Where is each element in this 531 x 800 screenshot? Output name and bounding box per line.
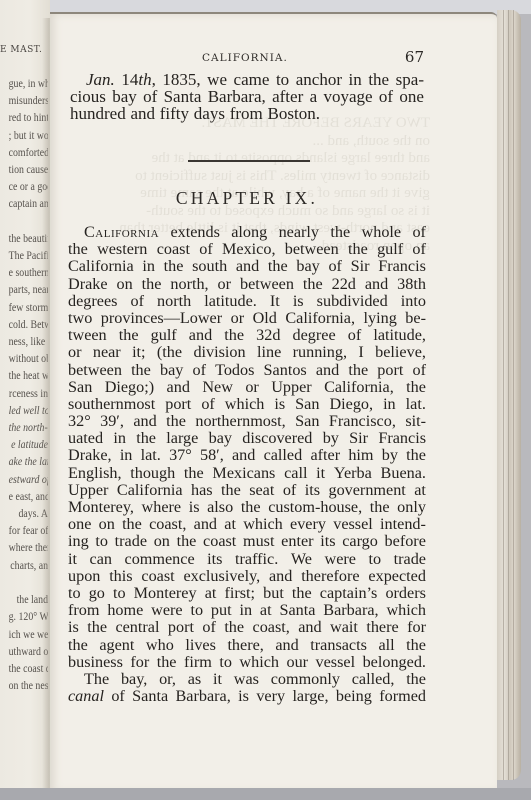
word: home <box>107 602 143 619</box>
word: the <box>224 327 244 344</box>
word: the <box>224 619 244 636</box>
word: canal <box>68 688 104 705</box>
text-line: itcancommenceitstraffic.Weweretotrade <box>68 551 426 568</box>
word: southernmost <box>68 396 155 413</box>
word: port <box>165 396 191 413</box>
word: Boston. <box>268 105 320 122</box>
word: the <box>406 447 426 464</box>
text-line: uponthiscoastexclusively,andthereforeexp… <box>68 568 426 585</box>
word: spa- <box>396 71 424 88</box>
word: 58′, <box>200 447 224 464</box>
text-line: Jan.14th,1835,wecametoanchorinthespa- <box>70 71 424 88</box>
word: into <box>401 293 426 310</box>
word: traffic. <box>235 551 278 568</box>
word: to <box>68 585 81 602</box>
text-line: Thebay,or,asitwascommonlycalled,the <box>68 671 426 688</box>
word: bay <box>160 362 183 379</box>
word: of <box>412 224 425 241</box>
word: the <box>241 499 261 516</box>
word: of <box>328 258 341 275</box>
word: hundred <box>70 105 126 122</box>
chapter-heading: CHAPTER IX. <box>60 188 434 209</box>
word: between <box>240 276 294 293</box>
word: Santa <box>279 602 315 619</box>
word: it; <box>132 344 146 361</box>
word: lat. <box>141 447 161 464</box>
word: near <box>93 344 121 361</box>
word: where <box>142 499 182 516</box>
word: Old <box>253 310 277 327</box>
word: one <box>399 88 424 105</box>
word: from <box>230 105 263 122</box>
word: Francisco, <box>329 413 396 430</box>
word: every <box>290 516 326 533</box>
word: fifty <box>160 105 189 122</box>
word: 38th <box>397 276 426 293</box>
word: was <box>234 671 259 688</box>
text-line: English,thoughtheMexicanscallitYerbaBuen… <box>68 465 426 482</box>
word: the <box>131 362 151 379</box>
word: nearly <box>279 224 319 241</box>
text-line: ornearit;(thedivisionlinerunning,Ibeliev… <box>68 344 426 361</box>
left-running-head: E MAST. <box>0 45 42 55</box>
word: of <box>348 327 361 344</box>
word: is <box>274 396 285 413</box>
word: 39′, <box>100 413 124 430</box>
word: which <box>243 516 283 533</box>
word: Barbara, <box>208 88 266 105</box>
word: the <box>368 71 389 88</box>
word: or <box>218 276 231 293</box>
word: We <box>291 551 312 568</box>
word: is <box>238 688 249 705</box>
word: or <box>245 379 258 396</box>
section-rule <box>188 160 310 162</box>
text-line: isthecentralportofthecoast,andwaittheref… <box>68 619 426 636</box>
word: The <box>84 671 109 688</box>
running-title: CALIFORNIA. <box>202 52 288 64</box>
word: uated <box>68 430 103 447</box>
word: coast <box>203 533 236 550</box>
word: San <box>68 379 92 396</box>
word: at <box>224 516 236 533</box>
word: the <box>406 671 426 688</box>
page-number: 67 <box>405 48 424 66</box>
word: after <box>272 88 303 105</box>
text-line: uatedinthelargebaydiscoveredbySirFrancis <box>68 430 426 447</box>
word: the <box>268 258 288 275</box>
fore-edge-line <box>508 10 509 780</box>
word: the <box>221 482 241 499</box>
word: one <box>68 516 91 533</box>
word: the <box>370 499 390 516</box>
text-line: thewesterncoastofMexico,betweenthegulfof <box>68 241 426 258</box>
word: I <box>358 344 363 361</box>
word: to <box>276 71 289 88</box>
word: California <box>68 258 134 275</box>
word: firm <box>184 654 212 671</box>
word: in <box>120 447 133 464</box>
word: there, <box>227 637 263 654</box>
word: orders <box>385 585 425 602</box>
word: lying <box>364 310 397 327</box>
word: the <box>303 276 323 293</box>
word: the <box>157 654 177 671</box>
word: the <box>184 465 204 482</box>
text-line: businessforthefirmtowhichourvesselbelong… <box>68 654 426 671</box>
word: trade <box>394 551 426 568</box>
word: very <box>256 688 285 705</box>
word: Francis <box>378 430 426 447</box>
word: this <box>109 568 132 585</box>
word: expected <box>368 568 426 585</box>
word: western <box>97 241 147 258</box>
word: we <box>207 71 227 88</box>
word: San <box>295 413 319 430</box>
word: discovered <box>242 430 312 447</box>
word: latitude. <box>204 293 257 310</box>
word: and <box>298 619 321 636</box>
word: to <box>95 533 108 550</box>
word: called <box>264 447 303 464</box>
word: north, <box>170 276 208 293</box>
word: its <box>320 533 335 550</box>
word: Upper <box>68 482 108 499</box>
word: of <box>412 241 425 258</box>
word: and <box>316 362 339 379</box>
word: seat <box>249 482 274 499</box>
word: Monterey, <box>68 499 134 516</box>
text-line: UpperCaliforniahastheseatofitsgovernment… <box>68 482 426 499</box>
text-line: CaliforniainthesouthandthebayofSirFranci… <box>68 258 426 275</box>
word: large <box>166 430 198 447</box>
chapter-body-text: Californiaextendsalongnearlythewholeofth… <box>68 224 426 705</box>
word: Mexicans <box>212 465 275 482</box>
word: 14th, <box>121 71 155 88</box>
word: and <box>236 258 259 275</box>
word: port <box>168 619 194 636</box>
word: California, <box>285 310 355 327</box>
word: must <box>243 533 274 550</box>
word: bay, <box>121 671 147 688</box>
text-line: Drakeonthenorth,orbetweenthe22dand38th <box>68 276 426 293</box>
word: trade <box>115 533 147 550</box>
word: be- <box>405 310 426 327</box>
word: belonged. <box>363 654 426 671</box>
word: bay <box>296 258 319 275</box>
word: central <box>115 619 159 636</box>
word: large, <box>292 688 328 705</box>
word: from <box>68 602 99 619</box>
word: coast <box>141 568 174 585</box>
word: to <box>190 602 203 619</box>
word: two <box>68 310 92 327</box>
word: the <box>348 241 368 258</box>
word: the <box>68 637 88 654</box>
word: 37° <box>169 447 192 464</box>
text-line: twoprovinces—LowerorOldCalifornia,lyingb… <box>68 310 426 327</box>
word: before <box>385 533 426 550</box>
word: also <box>207 499 233 516</box>
text-line: hundredandfiftydaysfromBoston. <box>70 105 424 122</box>
word: lat. <box>406 396 426 413</box>
word: the <box>406 379 426 396</box>
word: whole <box>362 224 402 241</box>
text-line: fromhomeweretoputinatSantaBarbara,which <box>68 602 426 619</box>
word: port <box>377 362 403 379</box>
word: and <box>269 568 292 585</box>
word: northernmost, <box>195 413 285 430</box>
word: provinces—Lower <box>101 310 222 327</box>
word: Sir <box>351 258 370 275</box>
word: though <box>130 465 175 482</box>
word: ing <box>68 533 89 550</box>
word: Francis <box>378 258 426 275</box>
word: which <box>239 654 279 671</box>
word: only <box>397 499 426 516</box>
word: by <box>323 430 339 447</box>
word: at <box>260 602 272 619</box>
word: of <box>283 482 296 499</box>
word: a <box>310 88 318 105</box>
word: New <box>202 379 233 396</box>
word: exclusively, <box>183 568 260 585</box>
word: and <box>194 516 217 533</box>
word: coast, <box>253 619 290 636</box>
word: the <box>330 224 350 241</box>
word: Yerba <box>334 465 372 482</box>
word: it <box>316 465 325 482</box>
word: on <box>99 516 115 533</box>
word: business <box>68 654 123 671</box>
word: 1835, <box>162 71 200 88</box>
word: and <box>365 276 388 293</box>
word: our <box>286 654 308 671</box>
word: believe, <box>375 344 426 361</box>
fore-edge-line <box>513 10 514 780</box>
word: it <box>68 551 77 568</box>
word: the <box>142 276 162 293</box>
word: Mexico, <box>222 241 276 258</box>
text-line: Californiaextendsalongnearlythewholeof <box>68 224 426 241</box>
word: in <box>349 71 362 88</box>
word: to <box>113 585 126 602</box>
word: the <box>122 516 142 533</box>
word: of <box>412 362 425 379</box>
word: south <box>192 258 227 275</box>
word: captain’s <box>320 585 378 602</box>
word: Barbara, <box>176 688 231 705</box>
opening-paragraph: Jan.14th,1835,wecametoanchorinthespa-cio… <box>70 71 424 123</box>
word: which <box>225 396 265 413</box>
word: Barbara, <box>323 602 378 619</box>
word: (the <box>157 344 182 361</box>
running-header: CALIFORNIA. 67 <box>90 48 430 68</box>
word: put <box>211 602 232 619</box>
word: Drake <box>68 276 108 293</box>
word: called, <box>352 671 395 688</box>
word: along <box>231 224 267 241</box>
word: Monterey <box>134 585 197 602</box>
word: Drake, <box>68 447 112 464</box>
word: the <box>164 258 184 275</box>
word: 22d <box>332 276 356 293</box>
text-line: Drake,inlat.37°58′,andcalledafterhimbyth… <box>68 447 426 464</box>
word: days <box>194 105 225 122</box>
word: but <box>263 585 284 602</box>
word: and <box>232 447 255 464</box>
word: were <box>151 602 182 619</box>
word: 32d <box>256 327 280 344</box>
word: has <box>191 482 213 499</box>
word: the <box>406 637 426 654</box>
text-line: southernmostportofwhichisSanDiego,inlat. <box>68 396 426 413</box>
word: California, <box>324 379 394 396</box>
word: is <box>189 499 200 516</box>
word: wait <box>330 619 358 636</box>
word: by <box>382 447 398 464</box>
word: Todos <box>215 362 254 379</box>
word: in <box>383 396 396 413</box>
text-line: ciousbayofSantaBarbara,afteravoyageofone <box>70 88 424 105</box>
word: vessel <box>333 516 373 533</box>
word: cargo <box>342 533 378 550</box>
word: is <box>68 619 79 636</box>
word: as <box>188 671 201 688</box>
word: and <box>167 379 190 396</box>
word: government <box>328 482 405 499</box>
word: of <box>143 88 157 105</box>
word: custom-house, <box>268 499 362 516</box>
word: extends <box>170 224 219 241</box>
word: intend- <box>380 516 426 533</box>
word: bay <box>112 88 137 105</box>
word: and <box>130 105 155 122</box>
word: on <box>117 276 133 293</box>
word: Diego, <box>329 396 373 413</box>
word: cious <box>70 88 106 105</box>
scan-background-bottom <box>0 788 531 800</box>
word: coast <box>157 241 190 258</box>
word: the <box>87 619 107 636</box>
word: of <box>199 241 212 258</box>
word: for <box>130 654 149 671</box>
word: go <box>89 585 105 602</box>
word: Jan. <box>86 71 115 88</box>
word: in <box>239 602 252 619</box>
word: of <box>201 396 214 413</box>
text-line: 32°39′,andthenorthernmost,SanFrancisco,s… <box>68 413 426 430</box>
word: the <box>177 533 197 550</box>
fore-edge-line <box>503 10 504 780</box>
word: and <box>275 637 298 654</box>
word: all <box>378 637 394 654</box>
text-line: theagentwholivesthere,andtransactsallthe <box>68 637 426 654</box>
word: which <box>386 602 426 619</box>
word: line <box>257 344 281 361</box>
word: California <box>117 482 183 499</box>
word: transacts <box>310 637 367 654</box>
word: gulf <box>151 327 177 344</box>
word: to <box>219 654 232 671</box>
word: north <box>157 293 191 310</box>
word: in <box>142 258 155 275</box>
word: formed <box>379 688 426 705</box>
word: at <box>205 585 217 602</box>
word: between <box>285 241 339 258</box>
word: being <box>336 688 372 705</box>
word: division <box>193 344 245 361</box>
word: of <box>379 88 393 105</box>
text-line: ingtotradeonthecoastmustenteritscargobef… <box>68 533 426 550</box>
word: its <box>207 551 222 568</box>
word: or <box>231 310 244 327</box>
word: degrees <box>68 293 117 310</box>
word: San <box>295 396 319 413</box>
word: bay <box>209 430 232 447</box>
word: upon <box>68 568 100 585</box>
word: therefore <box>301 568 359 585</box>
word: Sir <box>349 430 368 447</box>
word: the <box>292 585 312 602</box>
word: voyage <box>323 88 372 105</box>
word: It <box>270 293 280 310</box>
word: 32° <box>68 413 91 430</box>
word: on <box>154 533 170 550</box>
word: Diego;) <box>105 379 154 396</box>
word: of <box>111 688 124 705</box>
word: enter <box>281 533 313 550</box>
word: him <box>348 447 373 464</box>
word: Santa <box>164 88 202 105</box>
word: or <box>68 344 81 361</box>
word: who <box>146 637 174 654</box>
word: there <box>366 619 398 636</box>
word: commonly <box>271 671 340 688</box>
word: Upper <box>271 379 311 396</box>
word: subdivided <box>317 293 388 310</box>
word: tween <box>68 327 107 344</box>
word: or, <box>159 671 176 688</box>
word: between <box>68 362 122 379</box>
word: agent <box>99 637 134 654</box>
text-line: Monterey,whereisalsothecustom-house,theo… <box>68 499 426 516</box>
word: the <box>68 241 88 258</box>
word: after <box>310 447 340 464</box>
word: the <box>166 413 186 430</box>
word: coast, <box>149 516 186 533</box>
word: first; <box>224 585 255 602</box>
word: for <box>407 619 426 636</box>
word: Santos <box>264 362 307 379</box>
word: call <box>284 465 307 482</box>
word: English, <box>68 465 122 482</box>
word: came <box>234 71 270 88</box>
word: of <box>192 362 205 379</box>
word: of <box>130 293 143 310</box>
text-line: tweenthegulfandthe32ddegreeoflatitude, <box>68 327 426 344</box>
word: and <box>133 413 156 430</box>
word: sit- <box>405 413 426 430</box>
word: can <box>90 551 112 568</box>
word: of <box>202 619 215 636</box>
text-line: togotoMontereyatfirst;butthecaptain’sord… <box>68 585 426 602</box>
word: in <box>113 430 126 447</box>
word: it <box>213 671 222 688</box>
word: California <box>84 224 159 241</box>
word: the <box>348 362 368 379</box>
word: vessel <box>316 654 356 671</box>
